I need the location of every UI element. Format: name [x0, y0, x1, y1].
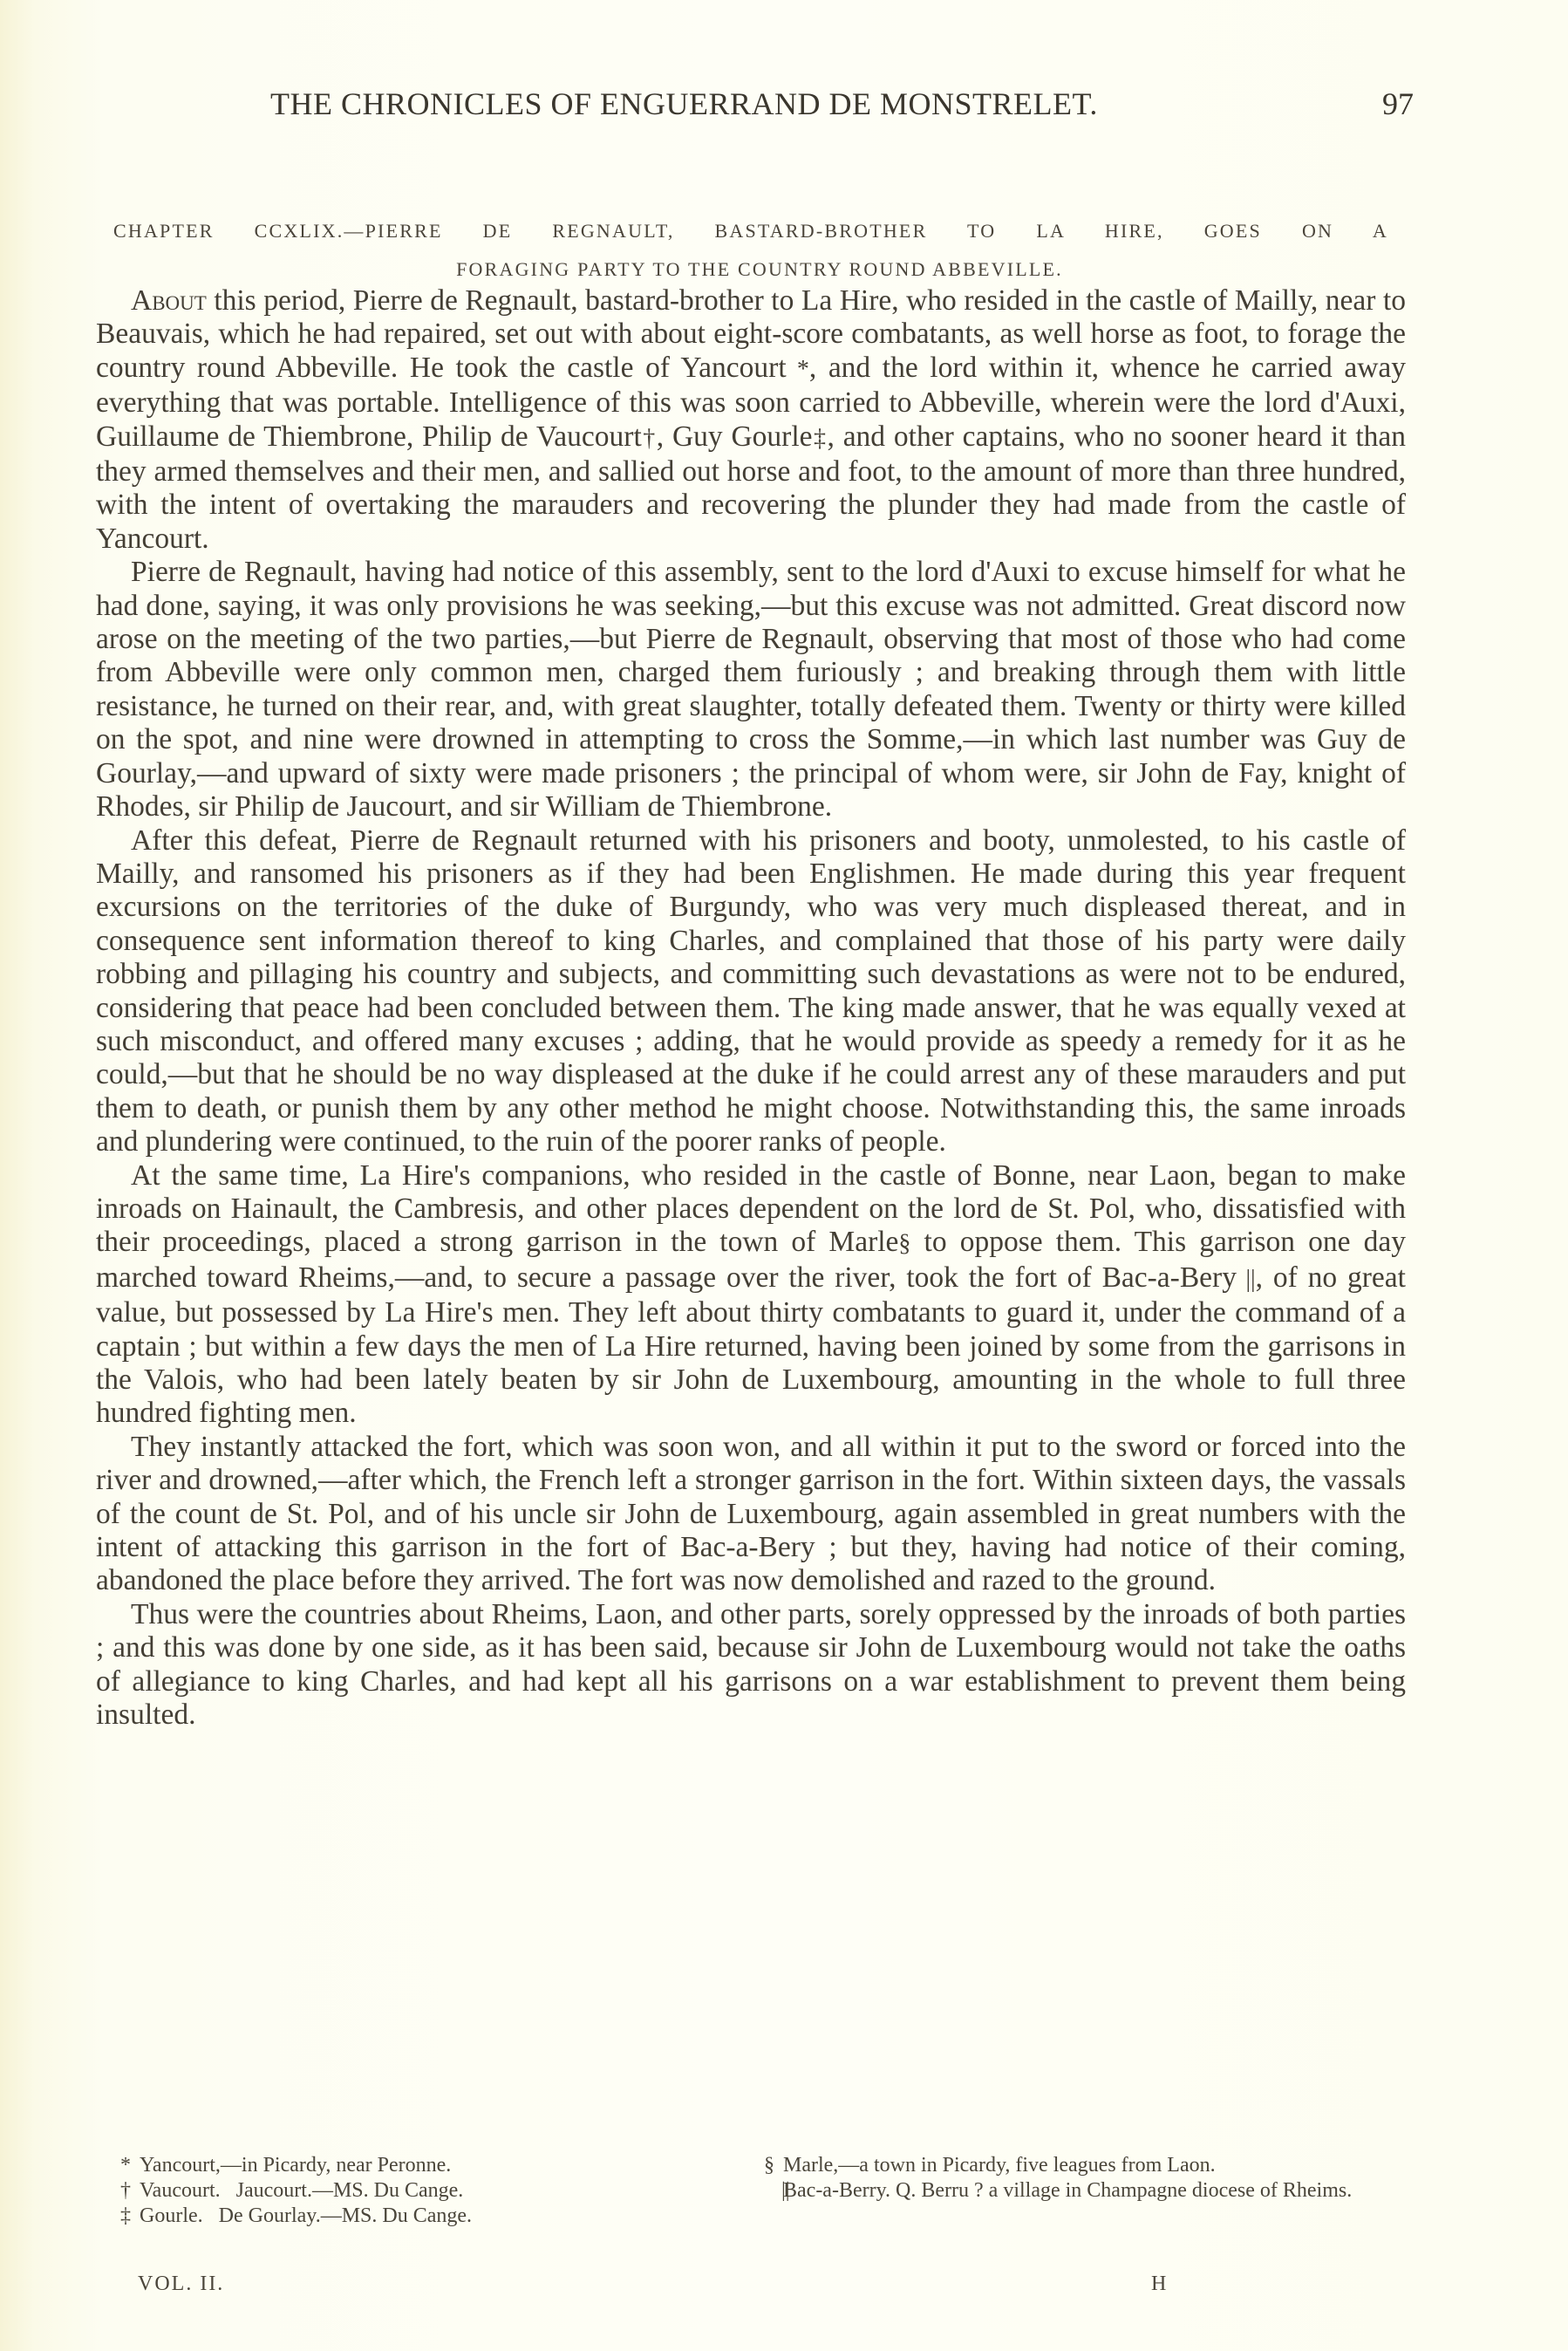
- chapter-heading-line-1: CHAPTER CCXLIX.—PIERRE DE REGNAULT, BAST…: [113, 212, 1388, 250]
- footnote-item: *Yancourt,—in Picardy, near Peronne.: [120, 2153, 722, 2178]
- footnote-ref-asterisk[interactable]: *: [787, 356, 809, 383]
- footnote-item: §Marle,—a town in Picardy, five leagues …: [747, 2153, 1406, 2178]
- footnote-ref-parallel[interactable]: ||: [1237, 1266, 1256, 1293]
- footnote-symbol: ‡: [120, 2204, 140, 2229]
- footnote-ref-dagger[interactable]: †: [642, 425, 657, 452]
- paragraph-1: About this period, Pierre de Regnault, b…: [96, 284, 1406, 556]
- paragraph-6: Thus were the countries about Rheims, La…: [96, 1598, 1406, 1732]
- paragraph-4: At the same time, La Hire's companions, …: [96, 1159, 1406, 1431]
- lead-word: About: [131, 284, 207, 317]
- footnote-text: Marle,—a town in Picardy, five leagues f…: [783, 2154, 1216, 2177]
- chapter-heading-line-2: FORAGING PARTY TO THE COUNTRY ROUND ABBE…: [113, 250, 1406, 289]
- footnote-text: Gourle. De Gourlay.—MS. Du Cange.: [140, 2204, 472, 2227]
- footnote-symbol: §: [764, 2153, 783, 2178]
- footnote-symbol: *: [120, 2153, 140, 2178]
- footnote-text: Bac-a-Berry. Q. Berru ? a village in Cha…: [783, 2179, 1352, 2202]
- footnote-item: ‡Gourle. De Gourlay.—MS. Du Cange.: [120, 2204, 722, 2229]
- footnote-item: ||Bac-a-Berry. Q. Berru ? a village in C…: [747, 2178, 1406, 2204]
- running-title: THE CHRONICLES OF ENGUERRAND DE MONSTREL…: [270, 85, 1098, 122]
- signature-mark: H: [1151, 2272, 1166, 2296]
- footnote-item: †Vaucourt. Jaucourt.—MS. Du Cange.: [120, 2178, 722, 2204]
- body-text: About this period, Pierre de Regnault, b…: [96, 284, 1406, 1732]
- paragraph-2: Pierre de Regnault, having had notice of…: [96, 556, 1406, 824]
- footnote-symbol: ||: [764, 2178, 783, 2204]
- footnote-text: Vaucourt. Jaucourt.—MS. Du Cange.: [140, 2179, 463, 2202]
- volume-label: VOL. II.: [138, 2272, 224, 2296]
- footnote-ref-section[interactable]: §: [898, 1230, 910, 1257]
- page-number: 97: [1382, 85, 1414, 122]
- running-head: THE CHRONICLES OF ENGUERRAND DE MONSTREL…: [96, 85, 1406, 129]
- footnotes-left-column: *Yancourt,—in Picardy, near Peronne. †Va…: [120, 2153, 722, 2229]
- chapter-heading: CHAPTER CCXLIX.—PIERRE DE REGNAULT, BAST…: [113, 212, 1406, 289]
- footnote-symbol: †: [120, 2178, 140, 2204]
- footnotes-right-column: §Marle,—a town in Picardy, five leagues …: [747, 2153, 1406, 2204]
- footnote-ref-double-dagger[interactable]: ‡: [813, 425, 828, 452]
- paragraph-3: After this defeat, Pierre de Regnault re…: [96, 824, 1406, 1159]
- footnote-text: Yancourt,—in Picardy, near Peronne.: [140, 2154, 451, 2177]
- paragraph-5: They instantly attacked the fort, which …: [96, 1431, 1406, 1598]
- paragraph-text: , Guy Gourle: [657, 420, 813, 453]
